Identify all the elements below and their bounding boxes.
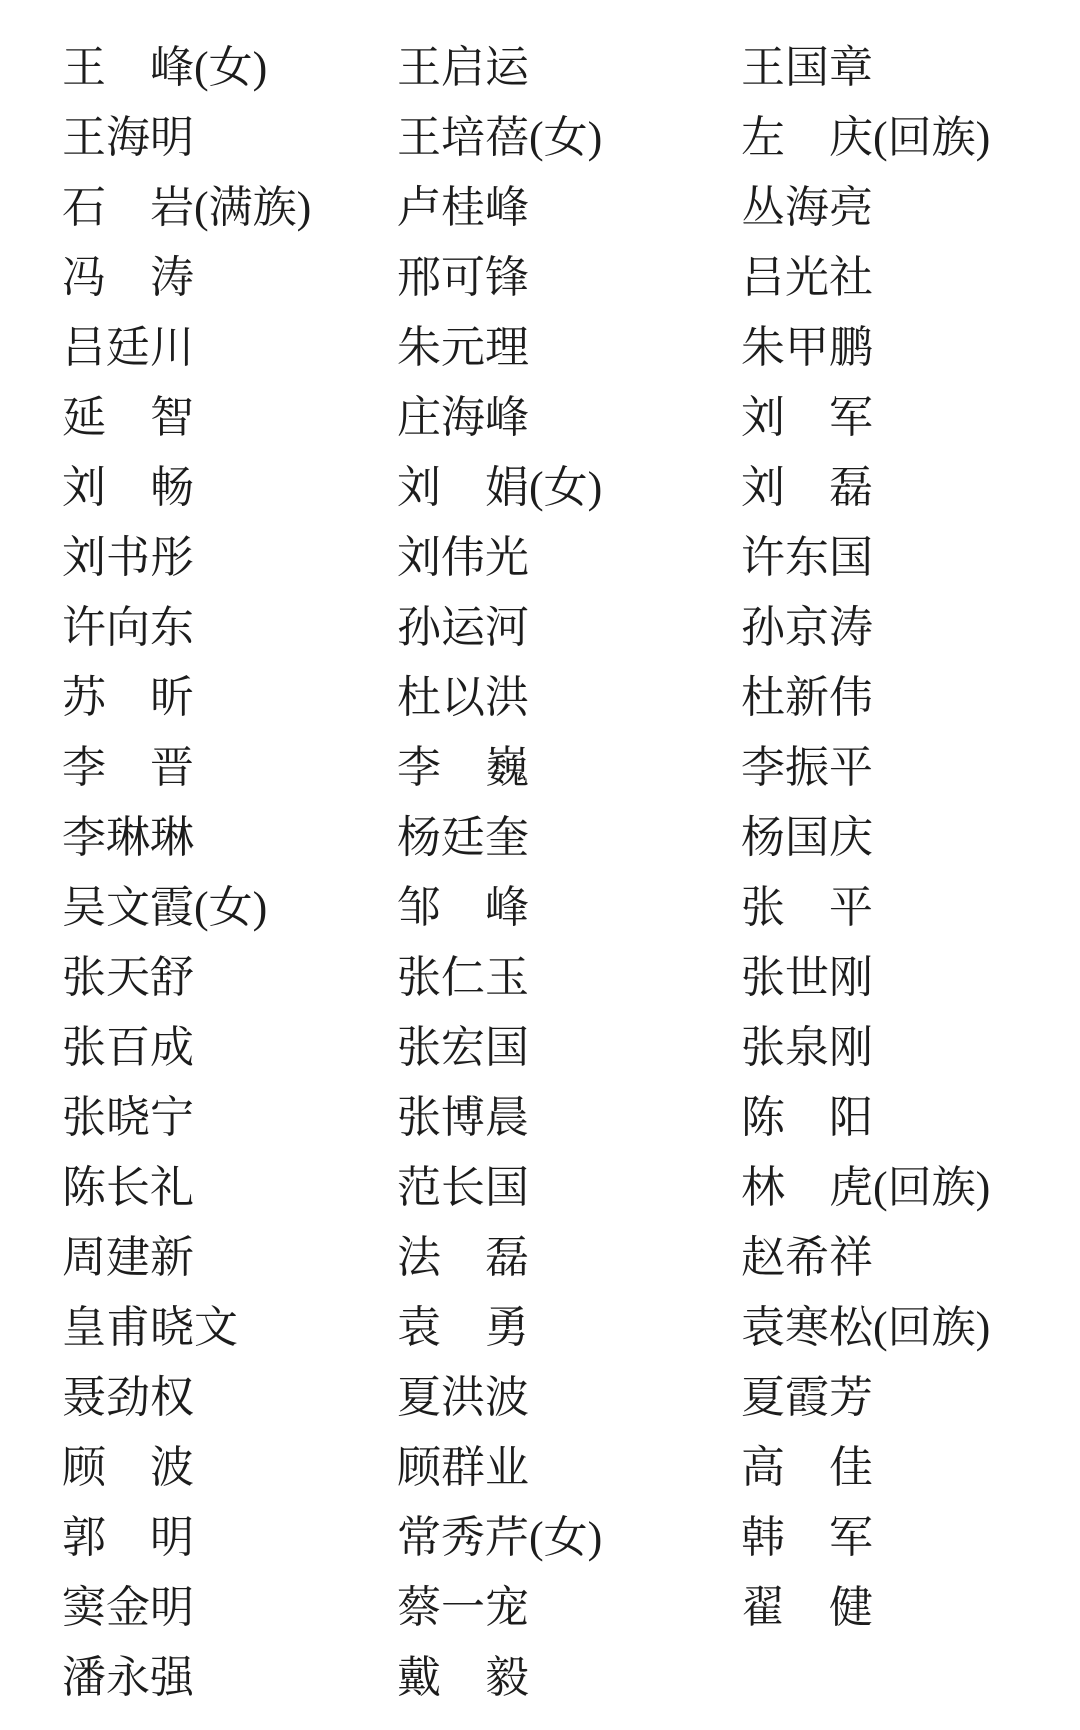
name-entry: 张百成: [62, 1013, 397, 1083]
name-entry: 许东国: [741, 523, 990, 593]
name-entry: 许向东: [62, 593, 397, 663]
name-entry: 赵希祥: [741, 1223, 990, 1293]
name-entry: 左 庆(回族): [741, 103, 990, 173]
name-entry: 丛海亮: [741, 173, 990, 243]
name-entry: 吕光社: [741, 243, 990, 313]
name-entry: 王培蓓(女): [397, 103, 741, 173]
name-entry: 张仁玉: [397, 943, 741, 1013]
name-entry: 高 佳: [741, 1433, 990, 1503]
name-entry: 袁 勇: [397, 1293, 741, 1363]
name-entry: 顾群业: [397, 1433, 741, 1503]
name-entry: 庄海峰: [397, 383, 741, 453]
name-entry: 刘 娟(女): [397, 453, 741, 523]
name-entry: 韩 军: [741, 1503, 990, 1573]
name-entry: 周建新: [62, 1223, 397, 1293]
name-entry: 陈 阳: [741, 1083, 990, 1153]
name-entry: 皇甫晓文: [62, 1293, 397, 1363]
name-entry: 郭 明: [62, 1503, 397, 1573]
name-entry: 张博晨: [397, 1083, 741, 1153]
name-entry: 王启运: [397, 33, 741, 103]
name-entry: 杨国庆: [741, 803, 990, 873]
name-entry: 孙京涛: [741, 593, 990, 663]
name-entry: 陈长礼: [62, 1153, 397, 1223]
name-entry: 袁寒松(回族): [741, 1293, 990, 1363]
name-entry: 聂劲权: [62, 1363, 397, 1433]
name-entry: 李琳琳: [62, 803, 397, 873]
name-entry: 窦金明: [62, 1573, 397, 1643]
name-entry: 孙运河: [397, 593, 741, 663]
name-entry: 刘 畅: [62, 453, 397, 523]
name-entry: 翟 健: [741, 1573, 990, 1643]
name-entry: 王国章: [741, 33, 990, 103]
name-entry: 王 峰(女): [62, 33, 397, 103]
name-entry: 张天舒: [62, 943, 397, 1013]
name-entry: 夏霞芳: [741, 1363, 990, 1433]
name-entry: 邹 峰: [397, 873, 741, 943]
name-entry: 吕廷川: [62, 313, 397, 383]
name-entry: 林 虎(回族): [741, 1153, 990, 1223]
name-entry: 延 智: [62, 383, 397, 453]
name-entry: 朱甲鹏: [741, 313, 990, 383]
name-entry: 李 巍: [397, 733, 741, 803]
name-entry: 杨廷奎: [397, 803, 741, 873]
name-entry: 范长国: [397, 1153, 741, 1223]
name-entry: [741, 1643, 990, 1713]
name-entry: 冯 涛: [62, 243, 397, 313]
name-entry: 王海明: [62, 103, 397, 173]
name-entry: 张 平: [741, 873, 990, 943]
name-entry: 张宏国: [397, 1013, 741, 1083]
name-entry: 李振平: [741, 733, 990, 803]
name-entry: 张泉刚: [741, 1013, 990, 1083]
name-entry: 刘书彤: [62, 523, 397, 593]
name-entry: 杜以洪: [397, 663, 741, 733]
name-entry: 法 磊: [397, 1223, 741, 1293]
name-entry: 张世刚: [741, 943, 990, 1013]
name-entry: 夏洪波: [397, 1363, 741, 1433]
name-entry: 杜新伟: [741, 663, 990, 733]
name-entry: 朱元理: [397, 313, 741, 383]
name-entry: 刘伟光: [397, 523, 741, 593]
name-entry: 常秀芹(女): [397, 1503, 741, 1573]
name-entry: 卢桂峰: [397, 173, 741, 243]
name-entry: 刘 磊: [741, 453, 990, 523]
name-entry: 吴文霞(女): [62, 873, 397, 943]
name-entry: 李 晋: [62, 733, 397, 803]
name-entry: 顾 波: [62, 1433, 397, 1503]
name-entry: 刘 军: [741, 383, 990, 453]
name-entry: 张晓宁: [62, 1083, 397, 1153]
name-entry: 邢可锋: [397, 243, 741, 313]
name-entry: 石 岩(满族): [62, 173, 397, 243]
name-entry: 戴 毅: [397, 1643, 741, 1713]
name-entry: 蔡一宠: [397, 1573, 741, 1643]
name-entry: 苏 昕: [62, 663, 397, 733]
name-entry: 潘永强: [62, 1643, 397, 1713]
name-list: 王 峰(女)王启运王国章王海明王培蓓(女)左 庆(回族)石 岩(满族)卢桂峰丛海…: [62, 33, 990, 1713]
document-page: 王 峰(女)王启运王国章王海明王培蓓(女)左 庆(回族)石 岩(满族)卢桂峰丛海…: [0, 0, 1080, 1730]
